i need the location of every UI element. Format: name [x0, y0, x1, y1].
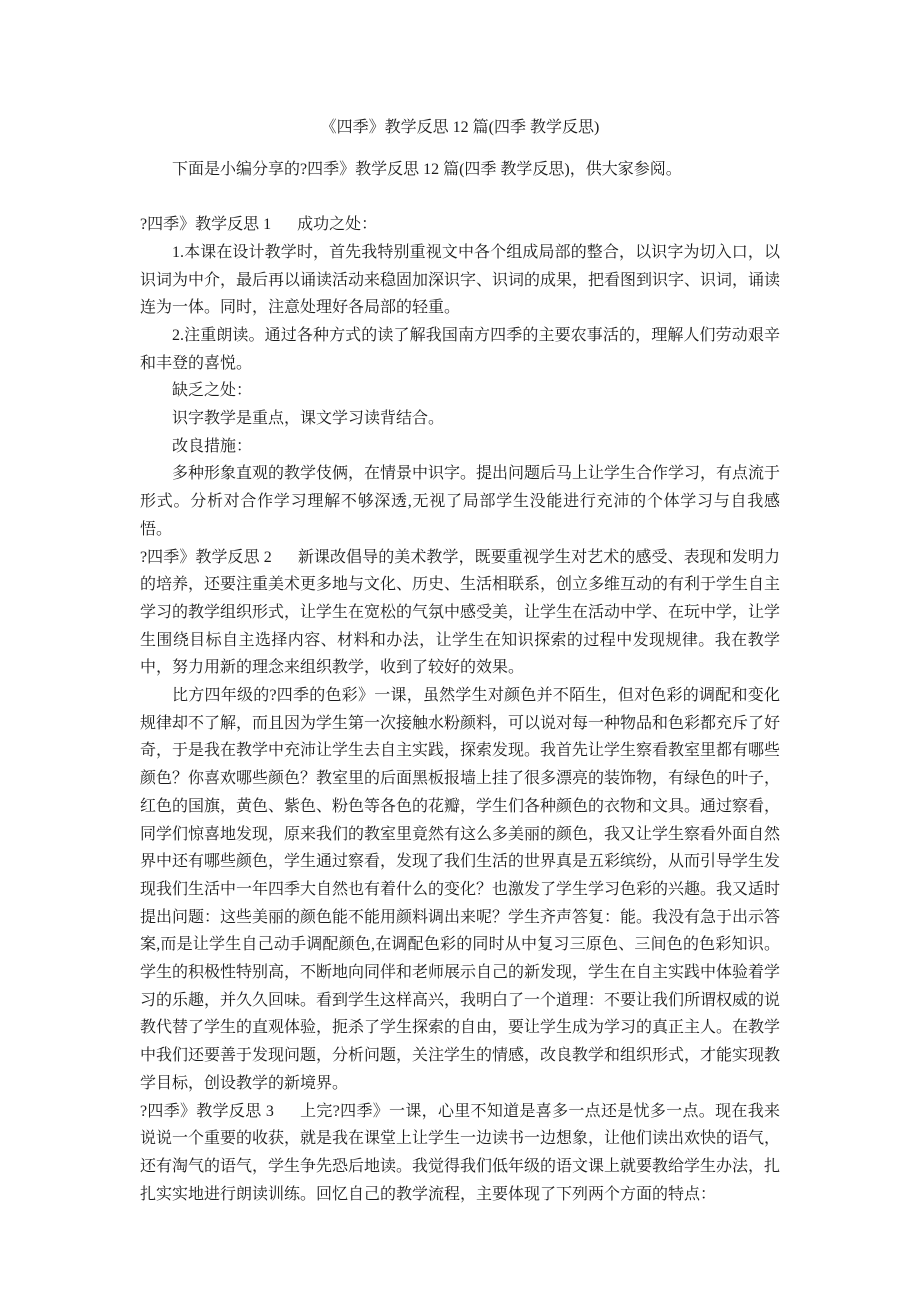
section-3-label: ?四季》教学反思 3	[140, 1103, 274, 1120]
section-1-paragraph: 缺乏之处：	[140, 377, 780, 405]
section-1-heading-line: ?四季》教学反思 1成功之处：	[140, 211, 780, 239]
document-title: 《四季》教学反思 12 篇(四季 教学反思)	[140, 114, 780, 142]
section-2-label: ?四季》教学反思 2	[140, 549, 272, 566]
section-2-heading-text: 新课改倡导的美术教学，既要重视学生对艺术的感受、表现和发明力的培养，还要注重美术…	[140, 549, 780, 677]
section-2-heading-line: ?四季》教学反思 2新课改倡导的美术教学，既要重视学生对艺术的感受、表现和发明力…	[140, 544, 780, 683]
section-1-heading-text: 成功之处：	[297, 216, 377, 233]
blank-line	[140, 183, 780, 211]
section-1-paragraph: 多种形象直观的教学伎俩，在情景中识字。提出问题后马上让学生合作学习，有点流于形式…	[140, 460, 780, 543]
intro-paragraph: 下面是小编分享的?四季》教学反思 12 篇(四季 教学反思)，供大家参阅。	[140, 156, 780, 184]
section-1-label: ?四季》教学反思 1	[140, 216, 271, 233]
section-1-paragraph: 1.本课在设计教学时，首先我特别重视文中各个组成局部的整合，以识字为切入口，以识…	[140, 239, 780, 322]
section-1-paragraph: 识字教学是重点，课文学习读背结合。	[140, 405, 780, 433]
section-1-paragraph: 改良措施：	[140, 433, 780, 461]
section-1-paragraph: 2.注重朗读。通过各种方式的读了解我国南方四季的主要农事活的，理解人们劳动艰辛和…	[140, 322, 780, 377]
document-page: 《四季》教学反思 12 篇(四季 教学反思) 下面是小编分享的?四季》教学反思 …	[0, 0, 920, 1302]
section-3-heading-line: ?四季》教学反思 3上完?四季》一课，心里不知道是喜多一点还是忧多一点。现在我来…	[140, 1098, 780, 1209]
document-content: 《四季》教学反思 12 篇(四季 教学反思) 下面是小编分享的?四季》教学反思 …	[140, 114, 780, 1208]
section-2-paragraph: 比方四年级的?四季的色彩》一课，虽然学生对颜色并不陌生，但对色彩的调配和变化规律…	[140, 682, 780, 1098]
